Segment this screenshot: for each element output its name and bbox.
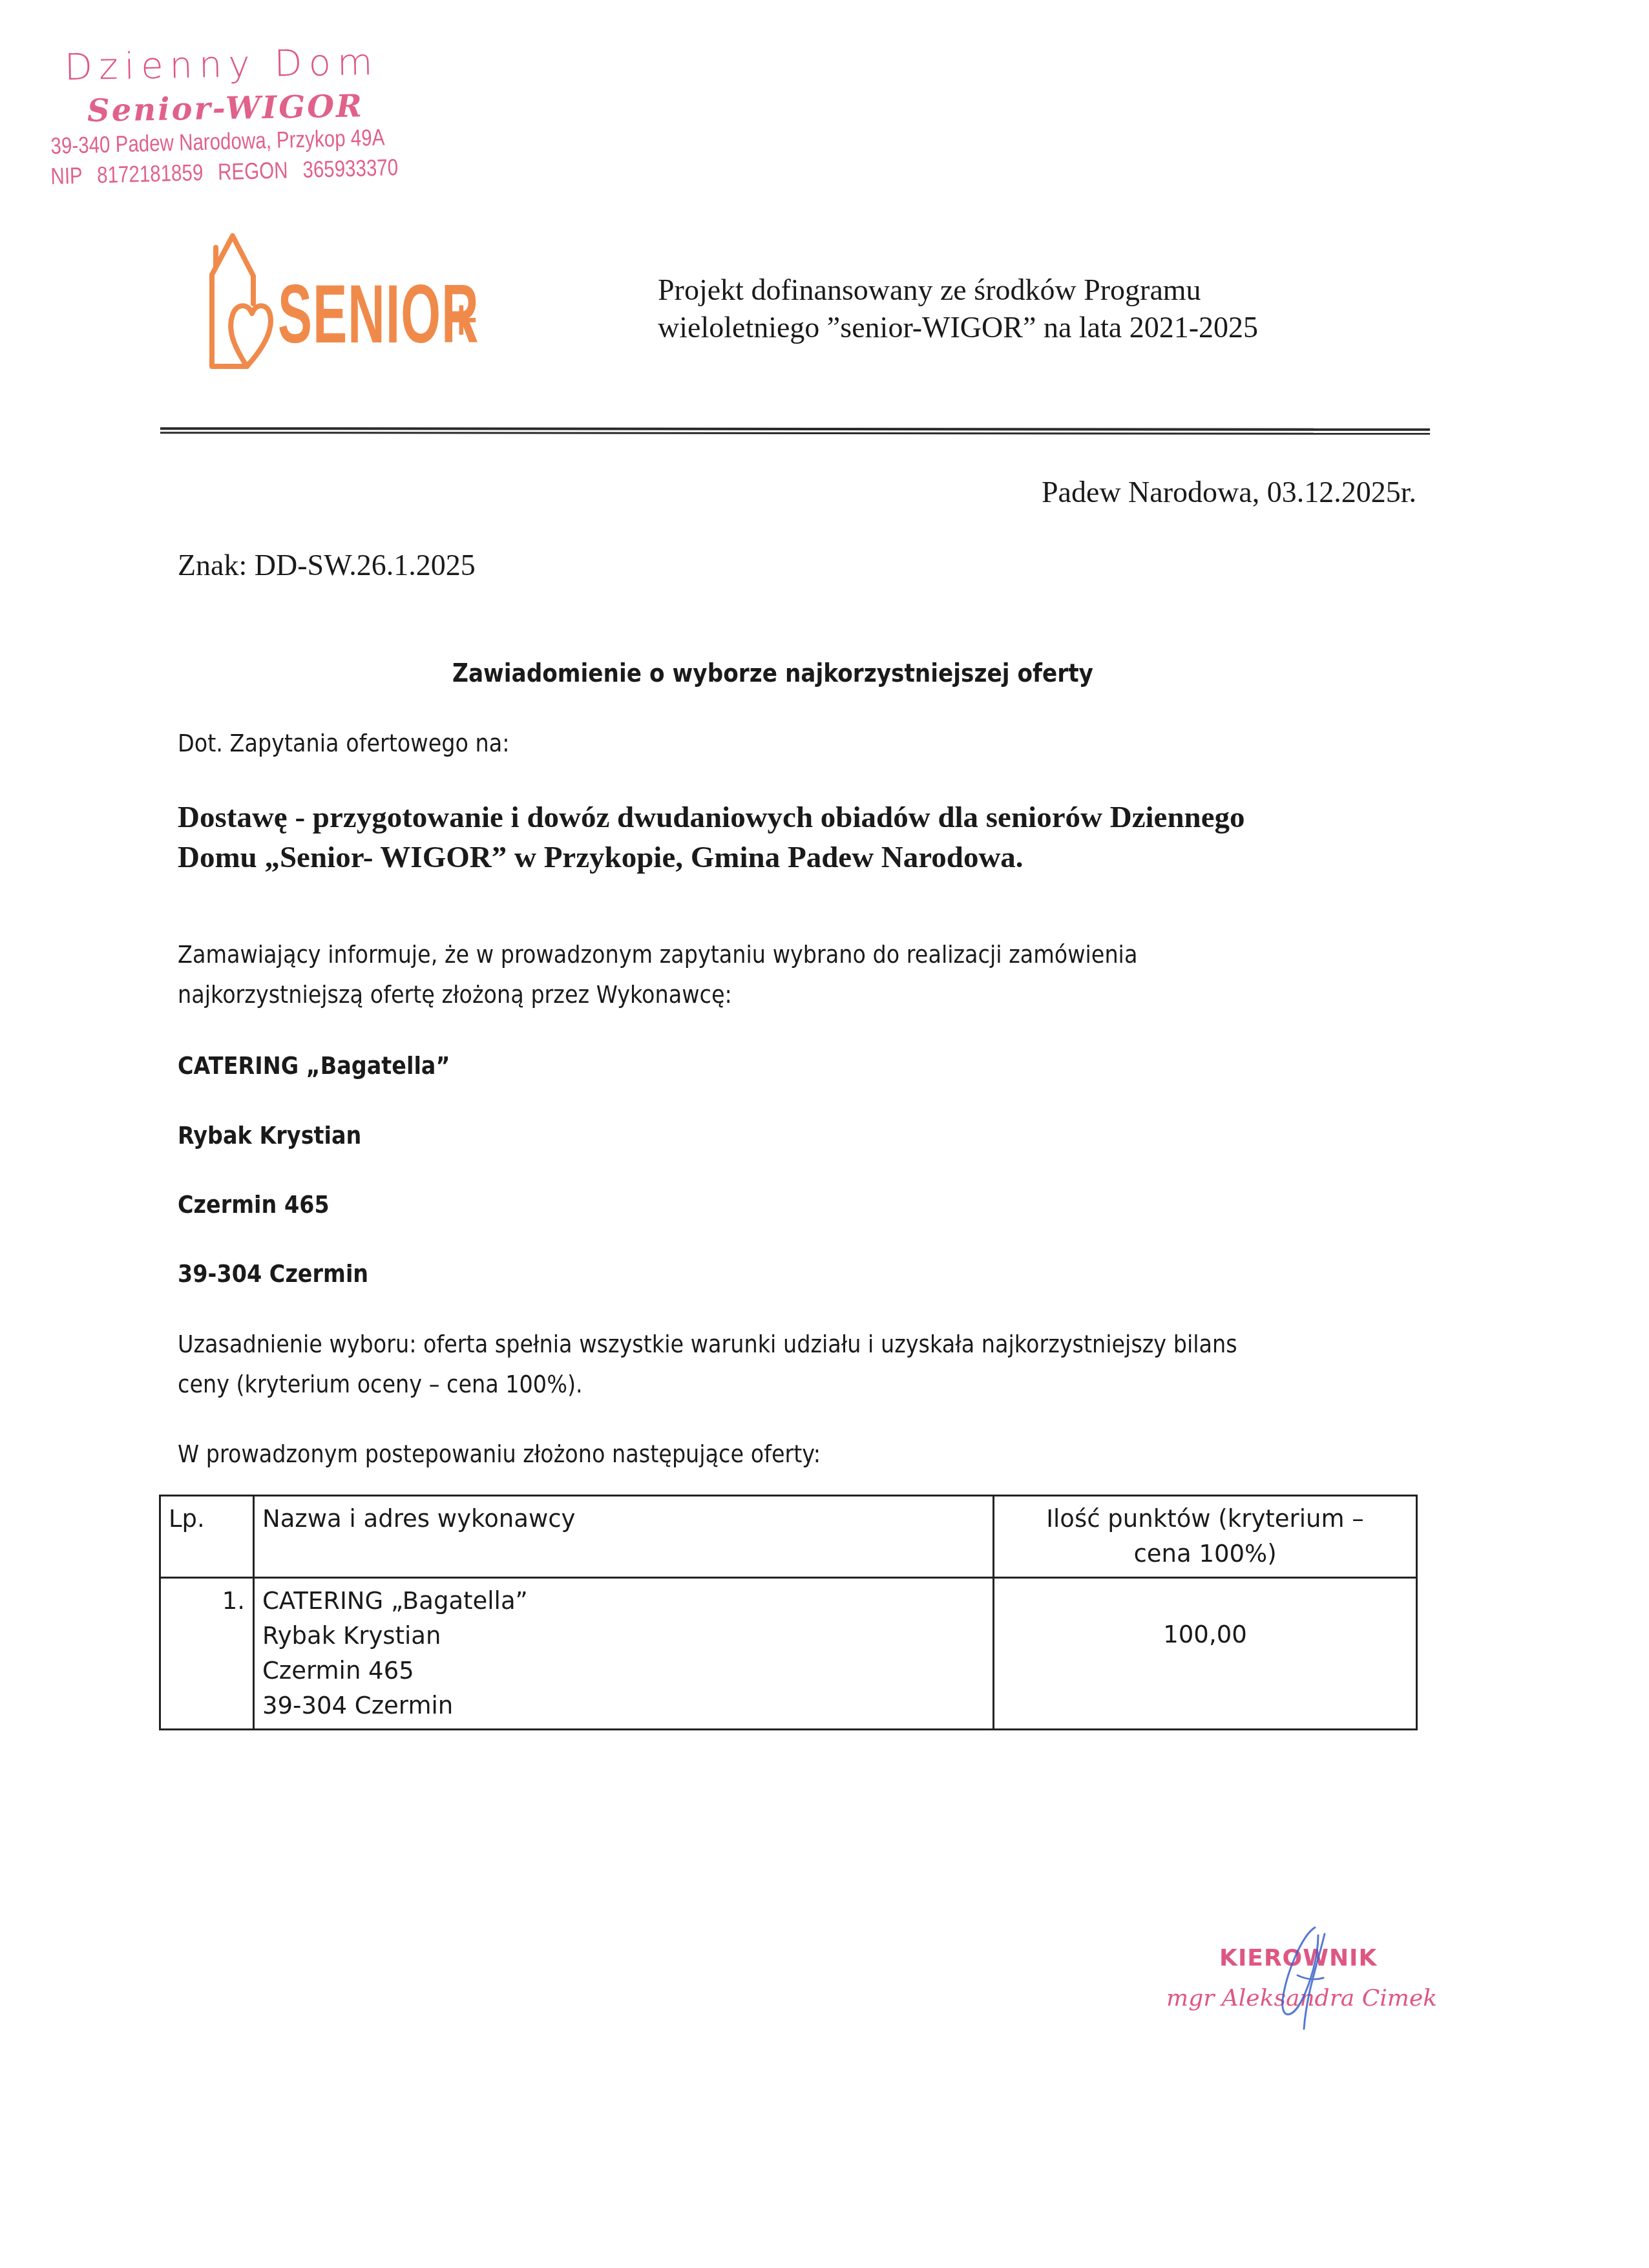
contractor-person: Rybak Krystian: [178, 1121, 361, 1150]
program-line-1: Projekt dofinansowany ze środków Program…: [658, 271, 1258, 309]
row-contractor-line: Rybak Krystian: [262, 1619, 985, 1654]
stamp-organisation-name: Dzienny Dom: [64, 41, 379, 89]
header-double-rule: [160, 427, 1430, 435]
header-points-line-2: cena 100%): [1002, 1537, 1408, 1571]
logo-plus-sign: +: [444, 286, 479, 354]
contractor-street: Czermin 465: [178, 1190, 330, 1219]
info-line-1: Zamawiający informuje, że w prowadzonym …: [178, 940, 1137, 969]
contractor-city: 39-304 Czermin: [178, 1259, 368, 1288]
program-line-2: wieloletniego ”senior-WIGOR” na lata 202…: [658, 309, 1258, 346]
house-heart-icon: [207, 229, 278, 372]
row-points: 100,00: [994, 1578, 1417, 1730]
header-points-line-1: Ilość punktów (kryterium –: [1002, 1502, 1408, 1537]
row-lp: 1.: [160, 1578, 254, 1730]
stamp-tax-ids: NIP 8172181859 REGON 365933370: [50, 154, 399, 190]
subject-line-2: Domu „Senior- WIGOR” w Przykopie, Gmina …: [178, 837, 1245, 877]
stamp-organisation-brand: Senior-WIGOR: [87, 88, 364, 129]
offers-intro: W prowadzonym postepowaniu złożono nastę…: [178, 1440, 821, 1468]
justification-line-2: ceny (kryterium oceny – cena 100%).: [178, 1370, 583, 1398]
stamp-address: 39-340 Padew Narodowa, Przykop 49A: [50, 123, 385, 160]
handwritten-signature-icon: [1266, 1922, 1344, 2039]
header-lp: Lp.: [160, 1496, 254, 1578]
header-contractor: Nazwa i adres wykonawcy: [254, 1496, 994, 1578]
info-line-2: najkorzystniejszą ofertę złożoną przez W…: [178, 980, 732, 1009]
program-funding-note: Projekt dofinansowany ze środków Program…: [658, 271, 1258, 346]
table-header-row: Lp. Nazwa i adres wykonawcy Ilość punktó…: [160, 1496, 1417, 1578]
contractor-name: CATERING „Bagatella”: [178, 1051, 450, 1080]
subject-line-1: Dostawę - przygotowanie i dowóz dwudanio…: [178, 797, 1245, 837]
reference-number: Znak: DD-SW.26.1.2025: [178, 548, 476, 582]
justification-line-1: Uzasadnienie wyboru: oferta spełnia wszy…: [178, 1330, 1237, 1358]
row-contractor-line: CATERING „Bagatella”: [262, 1584, 985, 1619]
row-contractor: CATERING „Bagatella” Rybak Krystian Czer…: [254, 1578, 994, 1730]
offers-table: Lp. Nazwa i adres wykonawcy Ilość punktó…: [159, 1495, 1418, 1730]
inquiry-subject: Dostawę - przygotowanie i dowóz dwudanio…: [178, 797, 1245, 877]
header-points: Ilość punktów (kryterium – cena 100%): [994, 1496, 1417, 1578]
document-title: Zawiadomienie o wyborze najkorzystniejsz…: [452, 659, 1093, 688]
table-row: 1. CATERING „Bagatella” Rybak Krystian C…: [160, 1578, 1417, 1730]
place-and-date: Padew Narodowa, 03.12.2025r.: [1042, 475, 1416, 509]
senior-plus-logo: SENIOR +: [207, 229, 504, 372]
row-contractor-line: 39-304 Czermin: [262, 1688, 985, 1723]
regarding-label: Dot. Zapytania ofertowego na:: [178, 729, 510, 757]
row-contractor-line: Czermin 465: [262, 1654, 985, 1688]
